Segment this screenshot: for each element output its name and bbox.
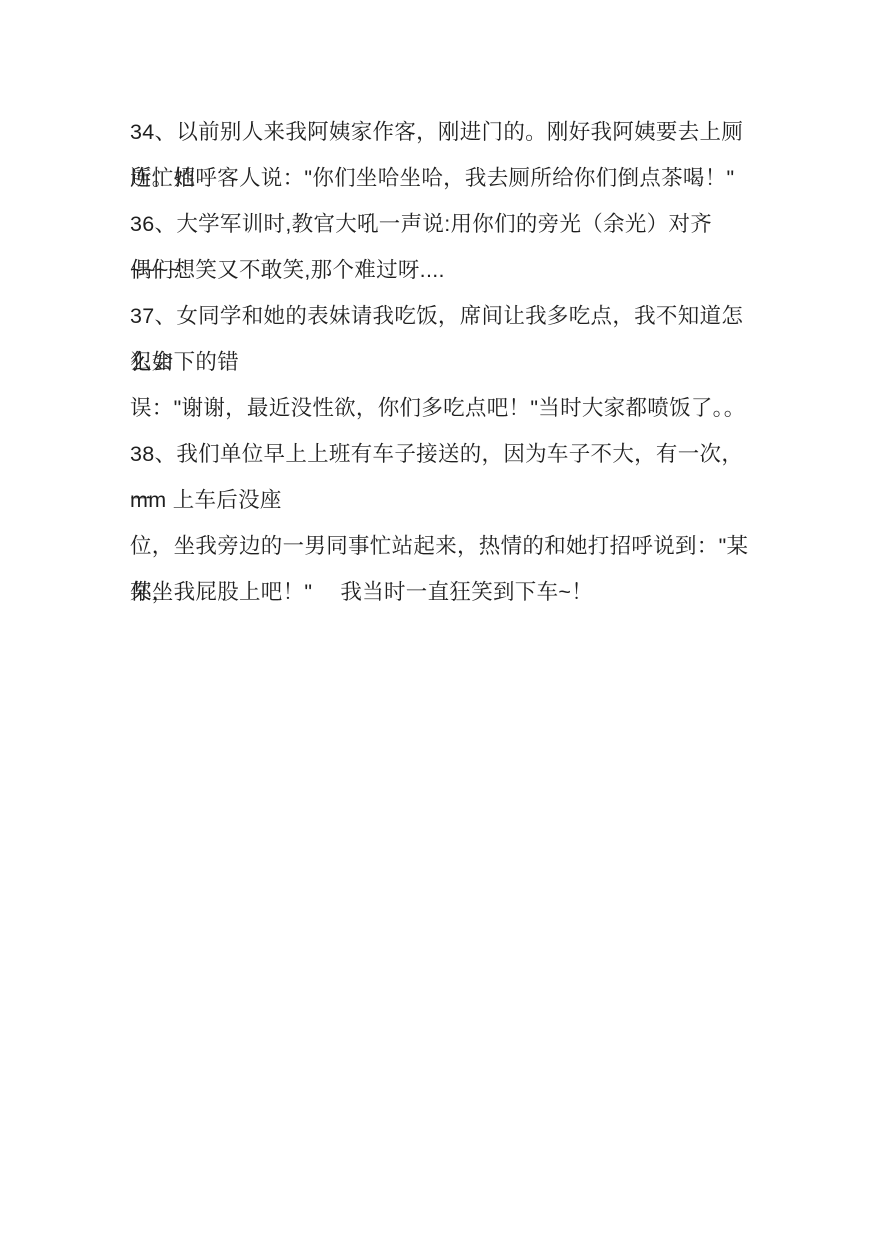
text-line: 误："谢谢，最近没性欲，你们多吃点吧！"当时大家都喷饭了。。 (130, 385, 759, 431)
text-line: 犯如下的错 (130, 339, 759, 385)
document-page: 34、以前别人来我阿姨家作客，刚进门的。刚好我阿姨要去上厕所。她 连忙招呼客人说… (0, 0, 884, 1250)
text-line: 38、我们单位早上上班有车子接送的，因为车子不大，有一次，一 (130, 431, 759, 477)
text-line: 你坐我屁股上吧！" 我当时一直狂笑到下车~！ (130, 569, 759, 615)
joke-item-38: 38、我们单位早上上班有车子接送的，因为车子不大，有一次，一 mm 上车后没座 … (130, 431, 759, 615)
joke-item-36: 36、大学军训时,教官大吼一声说:用你们的旁光（余光）对齐~~~~ 偶们想笑又不… (130, 201, 759, 293)
text-line: 偶们想笑又不敢笑,那个难过呀.... (130, 247, 759, 293)
joke-item-37: 37、女同学和她的表妹请我吃饭，席间让我多吃点，我不知道怎么会 犯如下的错 误：… (130, 293, 759, 431)
text-line: 36、大学军训时,教官大吼一声说:用你们的旁光（余光）对齐~~~~ (130, 201, 759, 247)
text-line: mm 上车后没座 (130, 477, 759, 523)
joke-item-34: 34、以前别人来我阿姨家作客，刚进门的。刚好我阿姨要去上厕所。她 连忙招呼客人说… (130, 109, 759, 201)
text-line: 34、以前别人来我阿姨家作客，刚进门的。刚好我阿姨要去上厕所。她 (130, 109, 759, 155)
text-line: 位，坐我旁边的一男同事忙站起来，热情的和她打招呼说到："某某， (130, 523, 759, 569)
text-line: 连忙招呼客人说："你们坐哈坐哈，我去厕所给你们倒点茶喝！" (130, 155, 759, 201)
text-line: 37、女同学和她的表妹请我吃饭，席间让我多吃点，我不知道怎么会 (130, 293, 759, 339)
